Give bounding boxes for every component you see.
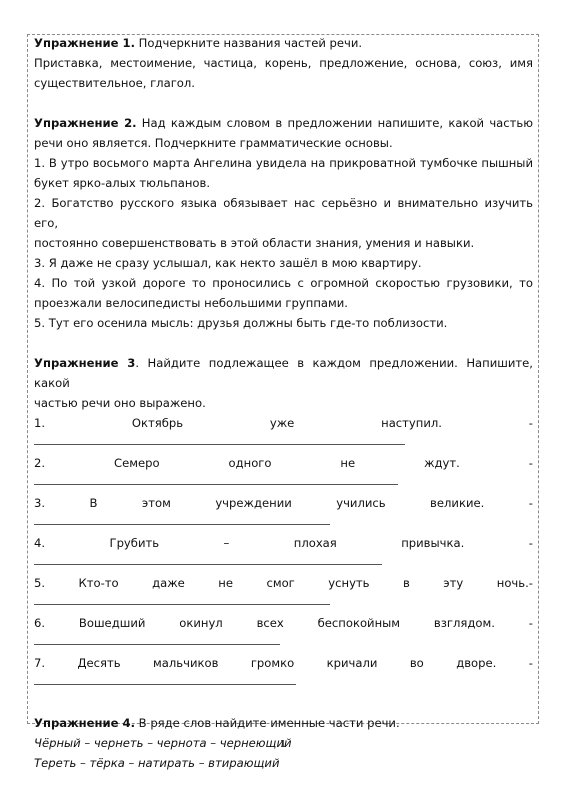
exercise-1-heading: Упражнение 1. Подчеркните названия часте… bbox=[34, 33, 533, 53]
item-word: - bbox=[529, 613, 533, 633]
exercise-2-heading: Упражнение 2. Над каждым словом в предло… bbox=[34, 113, 533, 133]
item-word: Октябрь bbox=[132, 413, 183, 433]
item-word: великие. bbox=[430, 493, 484, 513]
item-word: окинул bbox=[179, 613, 222, 633]
exercise-1-text-line-1: Приставка, местоимение, частица, корень,… bbox=[34, 53, 533, 73]
exercise-3-item: 4.Грубить–плохаяпривычка.- bbox=[34, 533, 533, 553]
answer-field[interactable] bbox=[34, 673, 533, 693]
item-word: мальчиков bbox=[153, 653, 218, 673]
answer-field[interactable] bbox=[34, 433, 533, 453]
item-word: - bbox=[529, 653, 533, 673]
sentence-2-line-1: 2. Богатство русского языка обязывает на… bbox=[34, 193, 533, 233]
item-word: 1. bbox=[34, 413, 45, 433]
item-word: – bbox=[224, 533, 230, 553]
answer-underline bbox=[34, 524, 330, 525]
item-word: - bbox=[529, 493, 533, 513]
item-word: - bbox=[529, 413, 533, 433]
sentence-1-line-2: букет ярко-алых тюльпанов. bbox=[34, 173, 533, 193]
exercise-4-instruction: В ряде слов найдите именные части речи. bbox=[135, 716, 400, 730]
exercise-1-instruction: Подчеркните названия частей речи. bbox=[135, 36, 362, 50]
answer-field[interactable] bbox=[34, 553, 533, 573]
exercise-2-instruction: Над каждым словом в предложении напишите… bbox=[137, 116, 533, 130]
answer-field[interactable] bbox=[34, 633, 533, 653]
item-word: этом bbox=[142, 493, 171, 513]
exercise-3-heading: Упражнение 3. Найдите подлежащее в каждо… bbox=[34, 353, 533, 393]
item-word: кричали bbox=[327, 653, 378, 673]
sentence-4-line-2: проезжали велосипедисты небольшими групп… bbox=[34, 293, 533, 313]
exercise-3-item: 2.Семероодногонеждут.- bbox=[34, 453, 533, 473]
item-word: 5. bbox=[34, 573, 45, 593]
item-word: не bbox=[340, 453, 355, 473]
page-number: 1 bbox=[0, 739, 566, 750]
item-word: всех bbox=[257, 613, 284, 633]
exercise-1-title: Упражнение 1. bbox=[34, 36, 135, 50]
item-word: смог bbox=[266, 573, 294, 593]
item-word: В bbox=[90, 493, 98, 513]
item-word: не bbox=[218, 573, 233, 593]
item-word: 2. bbox=[34, 453, 45, 473]
exercise-1: Упражнение 1. Подчеркните названия часте… bbox=[34, 33, 533, 93]
item-word: наступил. bbox=[381, 413, 442, 433]
exercise-4-heading: Упражнение 4. В ряде слов найдите именны… bbox=[34, 713, 533, 733]
item-word: 6. bbox=[34, 613, 45, 633]
exercise-4-title: Упражнение 4. bbox=[34, 716, 135, 730]
item-word: громко bbox=[251, 653, 294, 673]
answer-underline bbox=[34, 564, 382, 565]
item-word: даже bbox=[152, 573, 185, 593]
exercise-3: Упражнение 3. Найдите подлежащее в каждо… bbox=[34, 353, 533, 693]
exercise-2-instruction-line-2: речи оно является. Подчеркните грамматич… bbox=[34, 133, 533, 153]
sentence-1-line-1: 1. В утро восьмого марта Ангелина увидел… bbox=[34, 153, 533, 173]
answer-underline bbox=[34, 644, 280, 645]
item-word: уснуть bbox=[328, 573, 369, 593]
answer-underline bbox=[34, 604, 330, 605]
answer-underline bbox=[34, 684, 296, 685]
exercise-3-item: 1.Октябрьуженаступил.- bbox=[34, 413, 533, 433]
spacer bbox=[34, 333, 533, 353]
exercise-3-item: 5.Кто-тодаженесмогуснутьвэтуночь.- bbox=[34, 573, 533, 593]
exercise-3-instruction-line-2: частью речи оно выражено. bbox=[34, 393, 533, 413]
sentence-3: 3. Я даже не сразу услышал, как некто за… bbox=[34, 253, 533, 273]
item-word: Грубить bbox=[110, 533, 160, 553]
exercise-3-items: 1.Октябрьуженаступил.-2.Семероодногонежд… bbox=[34, 413, 533, 693]
item-word: Кто-то bbox=[79, 573, 119, 593]
item-word: 7. bbox=[34, 653, 45, 673]
exercise-3-item: 7.Десятьмальчиковгромкокричаливодворе.- bbox=[34, 653, 533, 673]
item-word: ждут. bbox=[424, 453, 460, 473]
item-word: 3. bbox=[34, 493, 45, 513]
sentence-2-line-2: постоянно совершенствовать в этой област… bbox=[34, 233, 533, 253]
answer-field[interactable] bbox=[34, 593, 533, 613]
exercise-3-title: Упражнение 3 bbox=[34, 356, 135, 370]
spacer bbox=[34, 93, 533, 113]
word-row-2: Тереть – тёрка – натирать – втирающий bbox=[34, 753, 533, 773]
answer-field[interactable] bbox=[34, 513, 533, 533]
item-word: уже bbox=[270, 413, 294, 433]
item-word: 4. bbox=[34, 533, 45, 553]
sentence-5: 5. Тут его осенила мысль: друзья должны … bbox=[34, 313, 533, 333]
exercise-1-text-line-2: существительное, глагол. bbox=[34, 73, 533, 93]
item-word: в bbox=[403, 573, 410, 593]
worksheet-content: Упражнение 1. Подчеркните названия часте… bbox=[34, 33, 533, 773]
item-word: плохая bbox=[294, 533, 337, 553]
item-word: одного bbox=[229, 453, 272, 473]
answer-field[interactable] bbox=[34, 473, 533, 493]
item-word: - bbox=[529, 533, 533, 553]
exercise-3-item: 6.Вошедшийокинулвсехбеспокойнымвзглядом.… bbox=[34, 613, 533, 633]
answer-underline bbox=[34, 484, 398, 485]
spacer bbox=[34, 693, 533, 713]
item-word: взглядом. bbox=[434, 613, 495, 633]
item-word: привычка. bbox=[401, 533, 464, 553]
item-word: во bbox=[410, 653, 424, 673]
exercise-2-title: Упражнение 2. bbox=[34, 116, 137, 130]
item-word: дворе. bbox=[456, 653, 496, 673]
sentence-4-line-1: 4. По той узкой дороге то проносились с … bbox=[34, 273, 533, 293]
item-word: Десять bbox=[77, 653, 120, 673]
exercise-3-item: 3.Вэтомучрежденииучилисьвеликие.- bbox=[34, 493, 533, 513]
item-word: учились bbox=[336, 493, 385, 513]
item-word: беспокойным bbox=[318, 613, 400, 633]
item-word: - bbox=[529, 453, 533, 473]
item-word: учреждении bbox=[215, 493, 291, 513]
exercise-2: Упражнение 2. Над каждым словом в предло… bbox=[34, 113, 533, 333]
item-word: Семеро bbox=[114, 453, 160, 473]
item-word: ночь.- bbox=[497, 573, 533, 593]
item-word: эту bbox=[443, 573, 463, 593]
answer-underline bbox=[34, 444, 405, 445]
item-word: Вошедший bbox=[79, 613, 145, 633]
